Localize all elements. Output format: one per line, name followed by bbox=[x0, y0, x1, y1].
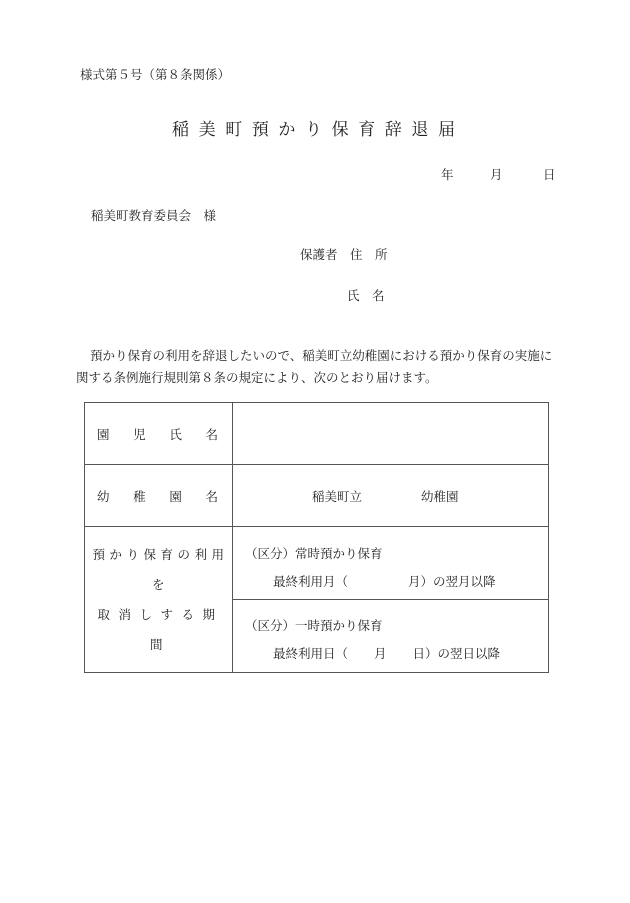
temporary-care-block: （区分）一時預かり保育 最終利用日（月日）の翌日以降 bbox=[233, 600, 548, 672]
date-day-label: 日 bbox=[543, 165, 556, 183]
period-label-line-2: 取消しする期間 bbox=[89, 600, 232, 660]
label-char: 幼 bbox=[97, 487, 110, 505]
body-paragraph: 預かり保育の利用を辞退したいので、稲美町立幼稚園における預かり保育の実施に関する… bbox=[76, 345, 556, 389]
table-row-cancellation-period: 預かり保育の利用を 取消しする期間 （区分）常時預かり保育 最終利用月（月）の翌… bbox=[85, 527, 549, 673]
withdrawal-form-table: 園 児 氏 名 幼 稚 園 名 稲美町立 幼稚園 預かり保育の bbox=[84, 402, 549, 673]
child-name-label-cell: 園 児 氏 名 bbox=[85, 403, 233, 465]
kindergarten-suffix: 幼稚園 bbox=[421, 487, 459, 505]
last-use-day-month-label: 月 bbox=[374, 640, 387, 668]
label-char: 園 bbox=[169, 487, 182, 505]
regular-care-block: （区分）常時預かり保育 最終利用月（月）の翌月以降 bbox=[233, 528, 548, 600]
last-use-day-start: 最終利用日（ bbox=[273, 640, 348, 668]
kindergarten-name-field[interactable]: 稲美町立 幼稚園 bbox=[233, 465, 549, 527]
form-number-label: 様式第５号（第８条関係） bbox=[80, 65, 230, 83]
addressee: 稲美町教育委員会 様 bbox=[91, 206, 216, 224]
child-name-field[interactable] bbox=[233, 403, 549, 465]
kindergarten-name-label-cell: 幼 稚 園 名 bbox=[85, 465, 233, 527]
label-char: 名 bbox=[205, 425, 218, 443]
table-row-kindergarten-name: 幼 稚 園 名 稲美町立 幼稚園 bbox=[85, 465, 549, 527]
temporary-care-detail[interactable]: 最終利用日（月日）の翌日以降 bbox=[245, 640, 548, 668]
regular-care-category: （区分）常時預かり保育 bbox=[245, 540, 548, 568]
last-use-month-end: 月）の翌月以降 bbox=[408, 568, 496, 596]
label-char: 児 bbox=[133, 425, 146, 443]
cancellation-period-label-cell: 預かり保育の利用を 取消しする期間 bbox=[85, 527, 233, 673]
table-row-child-name: 園 児 氏 名 bbox=[85, 403, 549, 465]
guardian-address-label: 保護者 住 所 bbox=[300, 245, 388, 263]
kindergarten-prefix: 稲美町立 bbox=[312, 487, 421, 505]
label-char: 稚 bbox=[133, 487, 146, 505]
date-year-label: 年 bbox=[441, 165, 490, 183]
guardian-name-label: 氏 名 bbox=[347, 286, 385, 304]
last-use-month-start: 最終利用月（ bbox=[273, 568, 348, 596]
label-char: 園 bbox=[97, 425, 110, 443]
label-char: 名 bbox=[205, 487, 218, 505]
document-title: 稲美町預かり保育辞退届 bbox=[172, 115, 465, 140]
regular-care-detail[interactable]: 最終利用月（月）の翌月以降 bbox=[245, 568, 548, 596]
label-char: 氏 bbox=[169, 425, 182, 443]
date-month-label: 月 bbox=[490, 165, 543, 183]
temporary-care-category: （区分）一時預かり保育 bbox=[245, 612, 548, 640]
date-line: 年月日 bbox=[441, 165, 556, 183]
last-use-day-end: 日）の翌日以降 bbox=[413, 640, 501, 668]
period-label-line-1: 預かり保育の利用を bbox=[89, 540, 232, 600]
cancellation-period-cell: （区分）常時預かり保育 最終利用月（月）の翌月以降 （区分）一時預かり保育 最終… bbox=[233, 527, 549, 673]
